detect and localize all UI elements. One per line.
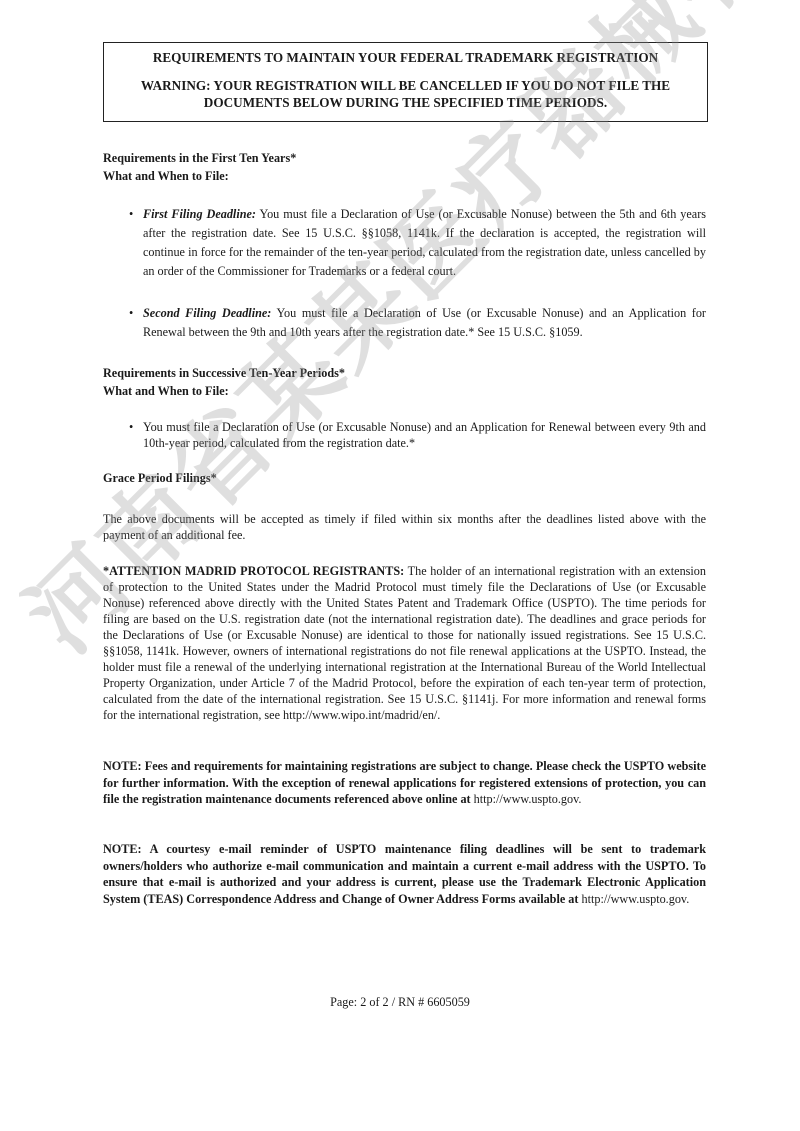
uspto-link[interactable]: http://www.uspto.gov — [474, 792, 579, 806]
madrid-lead: *ATTENTION MADRID PROTOCOL REGISTRANTS: — [103, 564, 404, 578]
note-fees: NOTE: Fees and requirements for maintain… — [103, 758, 706, 808]
header-box: REQUIREMENTS TO MAINTAIN YOUR FEDERAL TR… — [103, 42, 708, 122]
document-page: REQUIREMENTS TO MAINTAIN YOUR FEDERAL TR… — [0, 0, 800, 1131]
bullet-icon: • — [129, 205, 133, 224]
section-heading: Requirements in Successive Ten-Year Peri… — [103, 364, 706, 382]
bullet-icon: • — [129, 419, 133, 435]
section-subheading: What and When to File: — [103, 382, 706, 400]
list-item-first-filing: • First Filing Deadline: You must file a… — [143, 205, 706, 281]
note-fees-tail: . — [578, 792, 581, 806]
bullet-icon: • — [129, 304, 133, 323]
page-title: REQUIREMENTS TO MAINTAIN YOUR FEDERAL TR… — [104, 49, 707, 66]
uspto-link[interactable]: http://www.uspto.gov — [582, 892, 687, 906]
section-grace-heading: Grace Period Filings* — [103, 469, 706, 487]
section-subheading: What and When to File: — [103, 167, 706, 185]
section-first-ten-years-heading: Requirements in the First Ten Years* Wha… — [103, 149, 706, 185]
list-item-successive: • You must file a Declaration of Use (or… — [143, 419, 706, 451]
page-footer: Page: 2 of 2 / RN # 6605059 — [0, 995, 800, 1010]
list-item-second-filing: • Second Filing Deadline: You must file … — [143, 304, 706, 342]
madrid-protocol-notice: *ATTENTION MADRID PROTOCOL REGISTRANTS: … — [103, 563, 706, 723]
madrid-tail: . — [437, 708, 440, 722]
warning-line-1: WARNING: YOUR REGISTRATION WILL BE CANCE… — [104, 77, 707, 94]
section-successive-heading: Requirements in Successive Ten-Year Peri… — [103, 364, 706, 400]
note-email-tail: . — [686, 892, 689, 906]
bullet-lead: Second Filing Deadline: — [143, 306, 271, 320]
note-email: NOTE: A courtesy e-mail reminder of USPT… — [103, 841, 706, 907]
section-heading: Requirements in the First Ten Years* — [103, 149, 706, 167]
bullet-lead: First Filing Deadline: — [143, 207, 256, 221]
bullet-text: You must file a Declaration of Use (or E… — [143, 420, 706, 450]
wipo-link[interactable]: http://www.wipo.int/madrid/en/ — [283, 708, 437, 722]
note-fees-text: NOTE: Fees and requirements for maintain… — [103, 759, 706, 806]
madrid-text: The holder of an international registrat… — [103, 564, 706, 722]
warning-line-2: DOCUMENTS BELOW DURING THE SPECIFIED TIM… — [104, 94, 707, 111]
grace-period-text: The above documents will be accepted as … — [103, 511, 706, 543]
